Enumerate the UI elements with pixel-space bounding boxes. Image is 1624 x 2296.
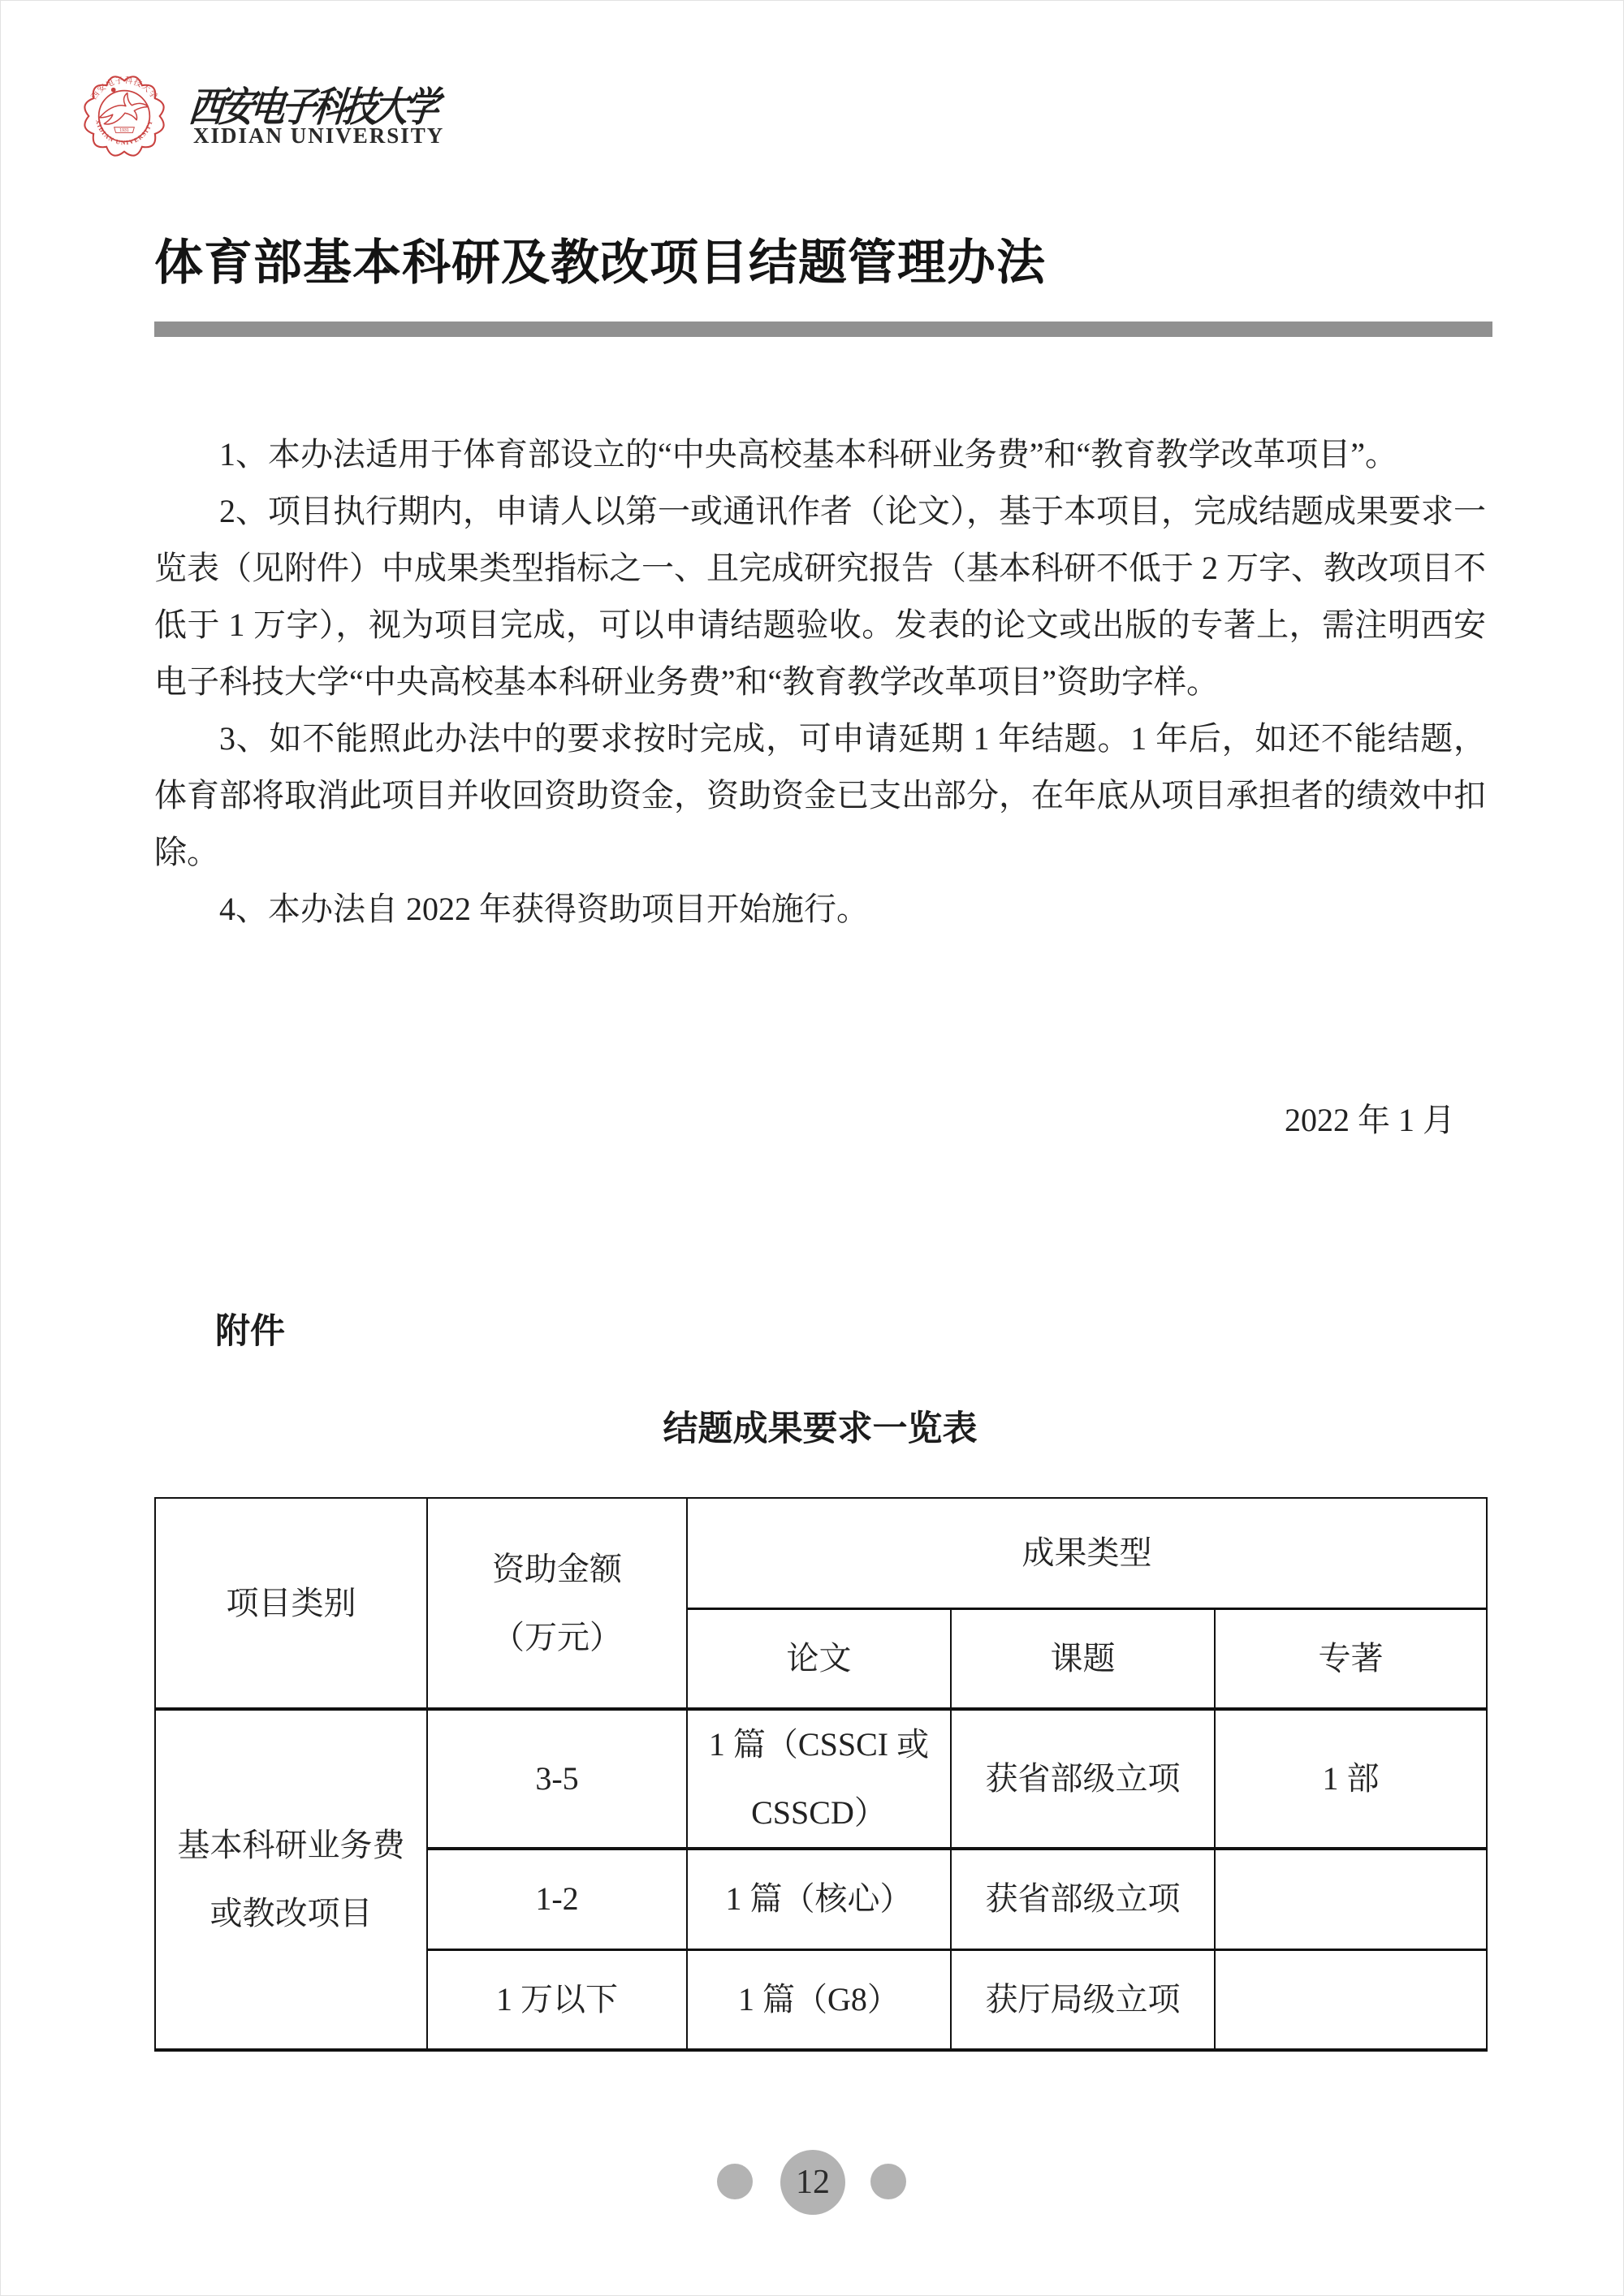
table-row-1: 基本科研业务费 或教改项目 3-5 1 篇（CSSCI 或 CSSCD） 获省部… xyxy=(155,1709,1487,1849)
header-result-type: 成果类型 xyxy=(687,1498,1487,1608)
cell-project-group: 基本科研业务费 或教改项目 xyxy=(155,1709,427,2050)
paragraph-2: 2、项目执行期内，申请人以第一或通讯作者（论文），基于本项目，完成结题成果要求一… xyxy=(154,483,1486,710)
cell-amount-2: 1-2 xyxy=(427,1849,687,1949)
cell-paper-1: 1 篇（CSSCI 或 CSSCD） xyxy=(687,1709,951,1849)
cell-project-group-line2: 或教改项目 xyxy=(161,1880,421,1948)
cell-project-group-line1: 基本科研业务费 xyxy=(161,1811,421,1880)
paragraph-1: 1、本办法适用于体育部设立的“中央高校基本科研业务费”和“教育教学改革项目”。 xyxy=(154,426,1486,483)
header-funding-amount-line1: 资助金额 xyxy=(433,1535,681,1603)
cell-monograph-2 xyxy=(1215,1849,1487,1949)
header-project-category: 项目类别 xyxy=(155,1498,427,1709)
table-header-row-1: 项目类别 资助金额 （万元） 成果类型 xyxy=(155,1498,1487,1608)
header-topic: 课题 xyxy=(951,1608,1215,1709)
cell-monograph-1: 1 部 xyxy=(1215,1709,1487,1849)
page-number: 12 xyxy=(796,2163,830,2202)
header-paper: 论文 xyxy=(687,1608,951,1709)
university-seal-icon: 西安电子科技大学 XIDIAN UNIVERSITY 1931 xyxy=(78,68,171,164)
document-page: 西安电子科技大学 XIDIAN UNIVERSITY 1931 西安电子科技大学… xyxy=(0,0,1624,2296)
paragraph-3: 3、如不能照此办法中的要求按时完成，可申请延期 1 年结题。1 年后，如还不能结… xyxy=(154,710,1486,881)
header-monograph: 专著 xyxy=(1215,1608,1487,1709)
header-funding-amount-line2: （万元） xyxy=(433,1603,681,1672)
document-title: 体育部基本科研及教改项目结题管理办法 xyxy=(154,224,1046,294)
cell-topic-2: 获省部级立项 xyxy=(951,1849,1215,1949)
header-funding-amount: 资助金额 （万元） xyxy=(427,1498,687,1709)
results-requirement-table: 项目类别 资助金额 （万元） 成果类型 论文 课题 专著 基本科研业务费 或教改… xyxy=(154,1497,1488,2052)
page-number-badge: 12 xyxy=(780,2150,845,2215)
cell-topic-1: 获省部级立项 xyxy=(951,1709,1215,1849)
table-title: 结题成果要求一览表 xyxy=(154,1401,1486,1451)
footer-dot-right xyxy=(870,2164,906,2199)
cell-paper-3: 1 篇（G8） xyxy=(687,1949,951,2050)
document-body: 1、本办法适用于体育部设立的“中央高校基本科研业务费”和“教育教学改革项目”。 … xyxy=(154,426,1486,938)
paragraph-4: 4、本办法自 2022 年获得资助项目开始施行。 xyxy=(154,881,1486,938)
cell-paper-2: 1 篇（核心） xyxy=(687,1849,951,1949)
cell-amount-1: 3-5 xyxy=(427,1709,687,1849)
cell-monograph-3 xyxy=(1215,1949,1487,2050)
title-underline-bar xyxy=(154,322,1492,337)
attachment-label: 附件 xyxy=(215,1304,285,1353)
cell-amount-3: 1 万以下 xyxy=(427,1949,687,2050)
document-date: 2022 年 1 月 xyxy=(154,1094,1486,1141)
cell-topic-3: 获厅局级立项 xyxy=(951,1949,1215,2050)
seal-red-dot xyxy=(111,88,116,93)
university-name-english: XIDIAN UNIVERSITY xyxy=(193,123,444,149)
seal-year-text: 1931 xyxy=(119,128,129,133)
footer-dot-left xyxy=(717,2164,753,2199)
